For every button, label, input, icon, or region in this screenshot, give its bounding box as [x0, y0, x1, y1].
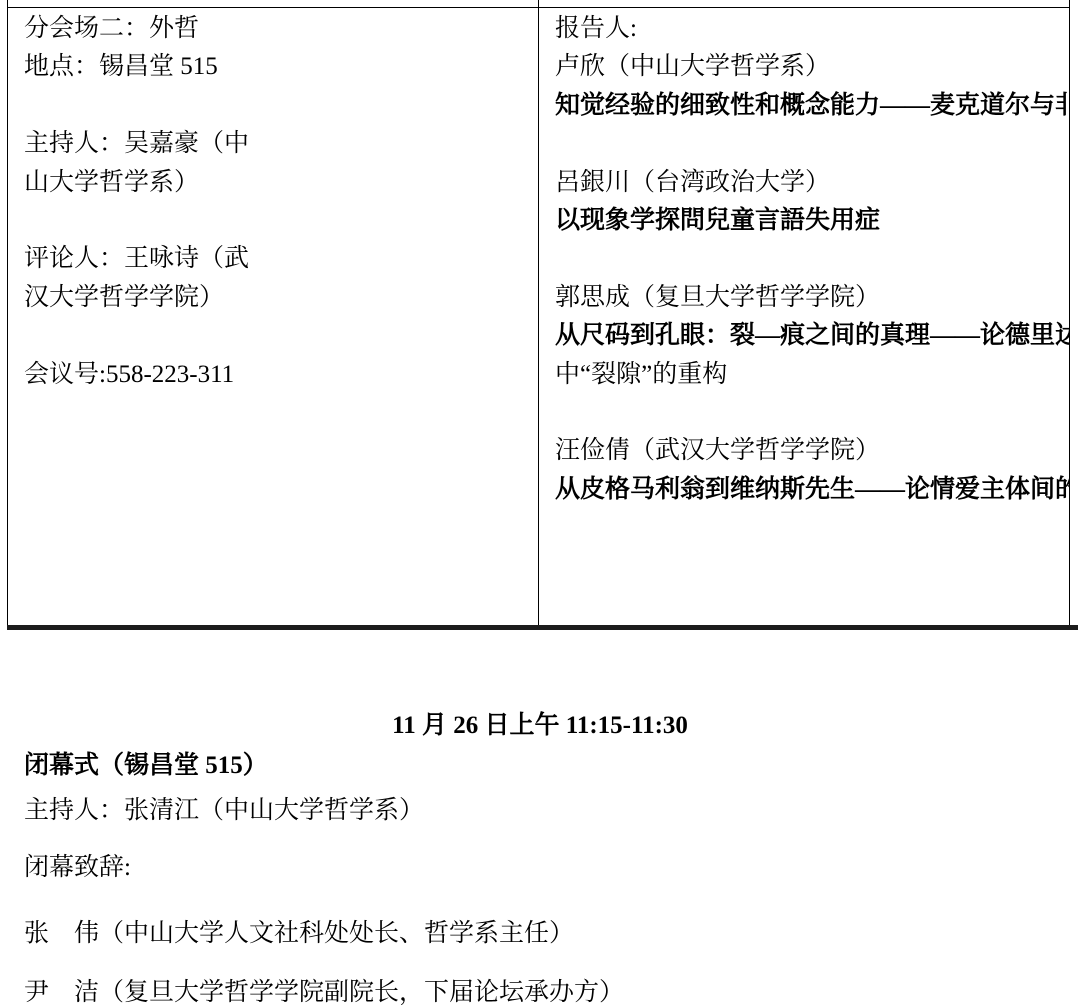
speaker-or-title-line: 报告人:	[555, 10, 1057, 48]
session-info-line	[24, 202, 526, 240]
speaker-or-title-line: 汪俭倩（武汉大学哲学学院）	[555, 432, 1057, 470]
table-bottom-rule	[7, 625, 1078, 630]
speaker-or-title-line: 呂銀川（台湾政治大学）	[555, 164, 1057, 202]
session-info-line: 汉大学哲学学院）	[24, 279, 526, 317]
session-info-line: 地点：锡昌堂 515	[24, 48, 526, 86]
session-row: 分会场二：外哲地点：锡昌堂 515主持人：吴嘉豪（中山大学哲学系）评论人：王咏诗…	[8, 8, 1070, 629]
closing-line: 尹 洁（复旦大学哲学学院副院长，下届论坛承办方）	[24, 974, 1080, 1005]
speaker-or-title-line: 卢欣（中山大学哲学系）	[555, 48, 1057, 86]
closing-line: 闭幕致辞:	[24, 849, 1080, 887]
closing-line: 闭幕式（锡昌堂 515）	[24, 747, 1080, 785]
closing-date-heading: 11 月 26 日上午 11:15-11:30	[0, 707, 1080, 745]
speaker-or-title-line	[555, 240, 1057, 278]
speaker-or-title-line: 从尺码到孔眼：裂—痕之间的真理——论德里达对《艺术作品的本源》	[555, 317, 1057, 355]
stub-cell-right	[539, 0, 1070, 8]
speakers-cell: 报告人:卢欣（中山大学哲学系）知觉经验的细致性和概念能力——麦克道尔与非概念论者…	[539, 8, 1070, 629]
document-page: 分会场二：外哲地点：锡昌堂 515主持人：吴嘉豪（中山大学哲学系）评论人：王咏诗…	[0, 0, 1080, 1005]
session-info-line: 分会场二：外哲	[24, 10, 526, 48]
speaker-or-title-line	[555, 125, 1057, 163]
session-info-line	[24, 87, 526, 125]
table-stub-row	[8, 0, 1070, 8]
session-info-line: 主持人：吴嘉豪（中	[24, 125, 526, 163]
session-info-cell: 分会场二：外哲地点：锡昌堂 515主持人：吴嘉豪（中山大学哲学系）评论人：王咏诗…	[8, 8, 539, 629]
closing-line: 张 伟（中山大学人文社科处处长、哲学系主任）	[24, 915, 1080, 953]
closing-lines: 闭幕式（锡昌堂 515）主持人：张清江（中山大学哲学系）闭幕致辞:张 伟（中山大…	[0, 747, 1080, 1005]
speaker-or-title-line: 郭思成（复旦大学哲学学院）	[555, 279, 1057, 317]
speaker-or-title-line: 以现象学探問兒童言語失用症	[555, 202, 1057, 240]
speaker-or-title-line: 从皮格马利翁到维纳斯先生——论情爱主体间的性别翻转及其哲学意义	[555, 471, 1057, 509]
session-info-line: 会议号:558-223-311	[24, 356, 526, 394]
speaker-or-title-line: 知觉经验的细致性和概念能力——麦克道尔与非概念论者之争	[555, 87, 1057, 125]
closing-line: 主持人：张清江（中山大学哲学系）	[24, 792, 1080, 830]
session-table: 分会场二：外哲地点：锡昌堂 515主持人：吴嘉豪（中山大学哲学系）评论人：王咏诗…	[7, 0, 1070, 629]
session-info-line	[24, 317, 526, 355]
speaker-or-title-line: 中“裂隙”的重构	[555, 356, 1057, 394]
speaker-or-title-line	[555, 394, 1057, 432]
session-info-line: 山大学哲学系）	[24, 164, 526, 202]
stub-cell-left	[8, 0, 539, 8]
closing-section: 11 月 26 日上午 11:15-11:30 闭幕式（锡昌堂 515）主持人：…	[0, 707, 1080, 1005]
session-info-line: 评论人：王咏诗（武	[24, 240, 526, 278]
